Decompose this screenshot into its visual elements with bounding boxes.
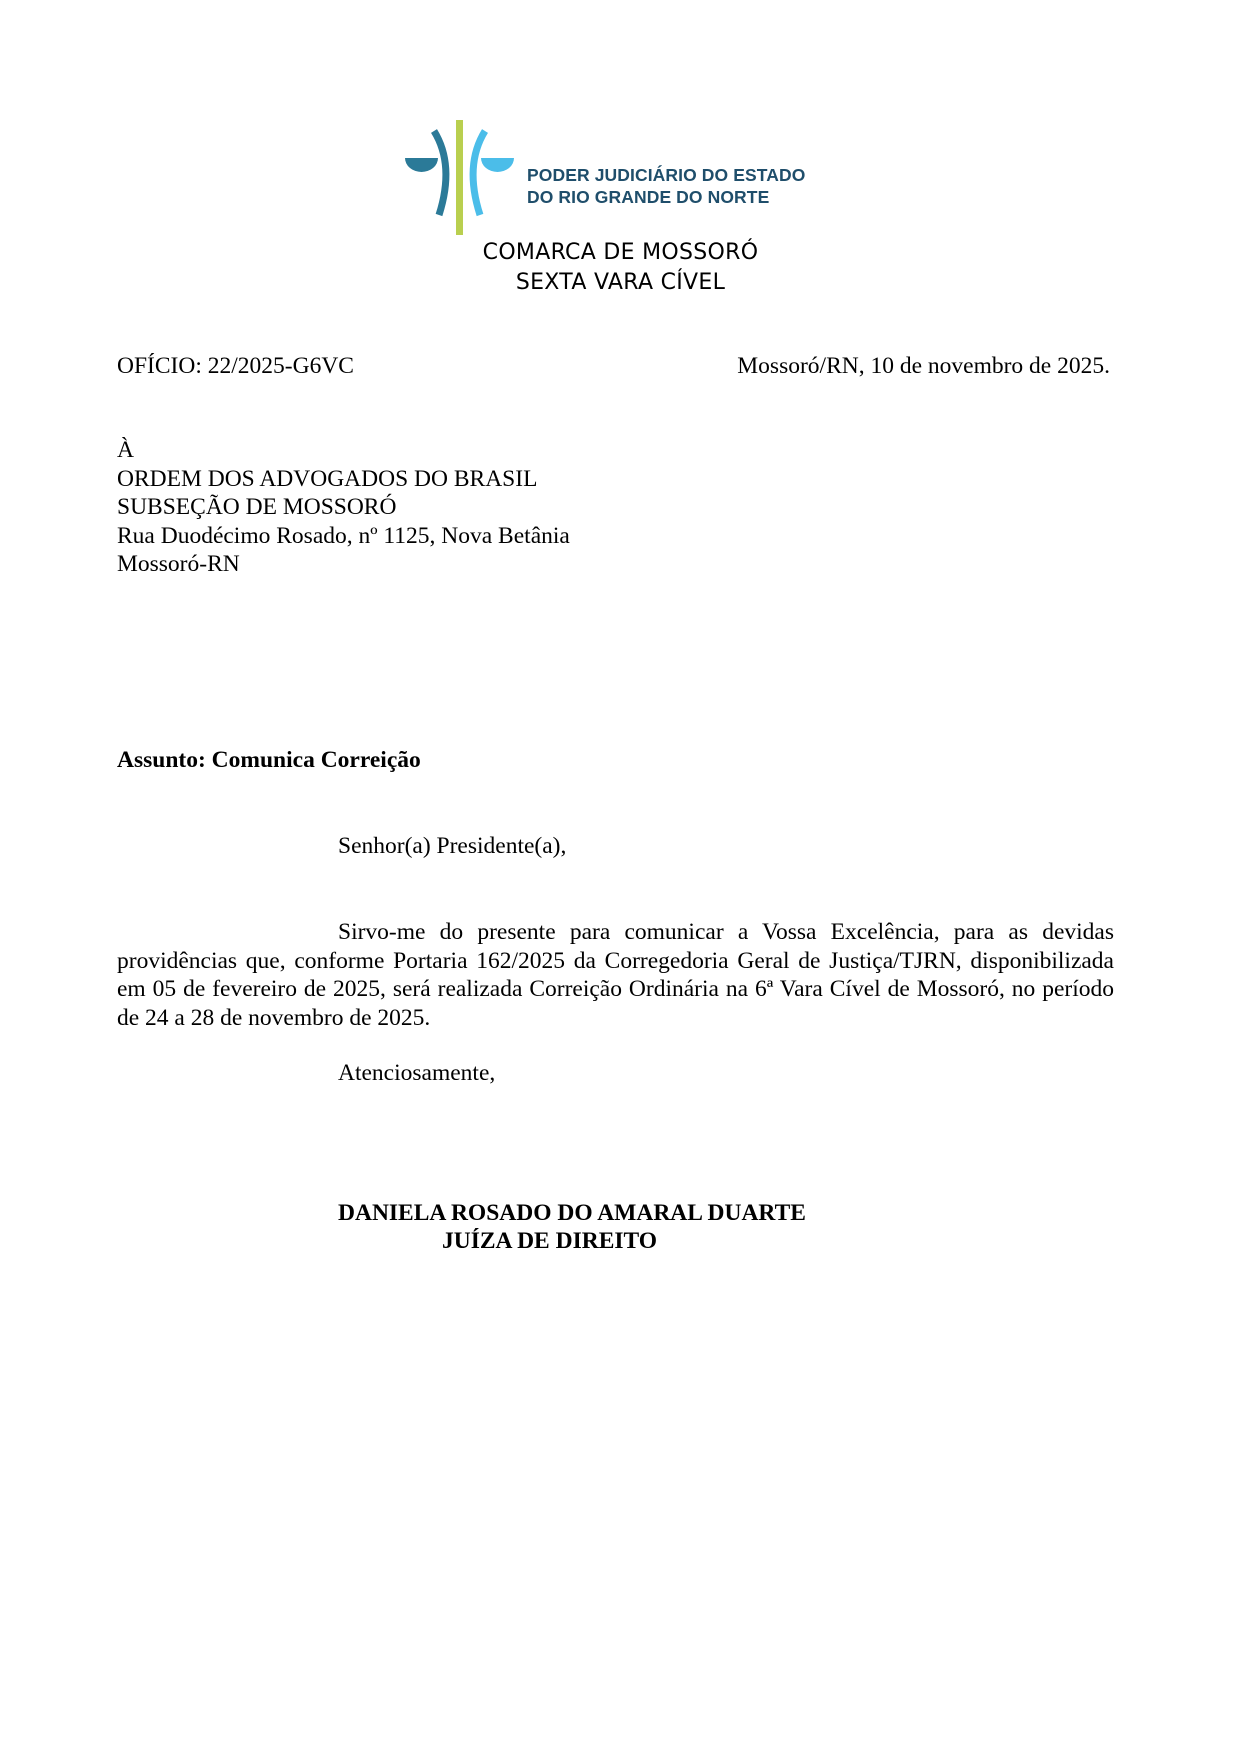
logo-text-line-2: DO RIO GRANDE DO NORTE — [527, 186, 805, 208]
place-date: Mossoró/RN, 10 de novembro de 2025. — [737, 352, 1110, 381]
recipient-line: Rua Duodécimo Rosado, nº 1125, Nova Betâ… — [117, 522, 570, 551]
recipient-block: À ORDEM DOS ADVOGADOS DO BRASIL SUBSEÇÃO… — [117, 436, 570, 579]
oficio-number: OFÍCIO: 22/2025-G6VC — [117, 352, 354, 381]
comarca-name: COMARCA DE MOSSORÓ — [0, 238, 1241, 268]
subject-line: Assunto: Comunica Correição — [117, 746, 421, 775]
recipient-line: SUBSEÇÃO DE MOSSORÓ — [117, 493, 570, 522]
recipient-line: À — [117, 436, 570, 465]
closing: Atenciosamente, — [338, 1059, 495, 1088]
court-logo: PODER JUDICIÁRIO DO ESTADO DO RIO GRANDE… — [405, 120, 845, 235]
logo-text-line-1: PODER JUDICIÁRIO DO ESTADO — [527, 164, 805, 186]
recipient-line: ORDEM DOS ADVOGADOS DO BRASIL — [117, 465, 570, 494]
vara-name: SEXTA VARA CÍVEL — [0, 268, 1241, 298]
court-logo-text: PODER JUDICIÁRIO DO ESTADO DO RIO GRANDE… — [527, 164, 805, 208]
signature-block: DANIELA ROSADO DO AMARAL DUARTE JUÍZA DE… — [338, 1199, 806, 1255]
greeting: Senhor(a) Presidente(a), — [338, 832, 566, 861]
scales-of-justice-emblem-icon — [405, 120, 515, 235]
recipient-line: Mossoró-RN — [117, 550, 570, 579]
signer-role: JUÍZA DE DIREITO — [338, 1227, 806, 1255]
signer-name: DANIELA ROSADO DO AMARAL DUARTE — [338, 1199, 806, 1227]
court-heading: COMARCA DE MOSSORÓ SEXTA VARA CÍVEL — [0, 238, 1241, 298]
body-paragraph: Sirvo-me do presente para comunicar a Vo… — [117, 918, 1114, 1032]
document-page: PODER JUDICIÁRIO DO ESTADO DO RIO GRANDE… — [0, 0, 1241, 1754]
